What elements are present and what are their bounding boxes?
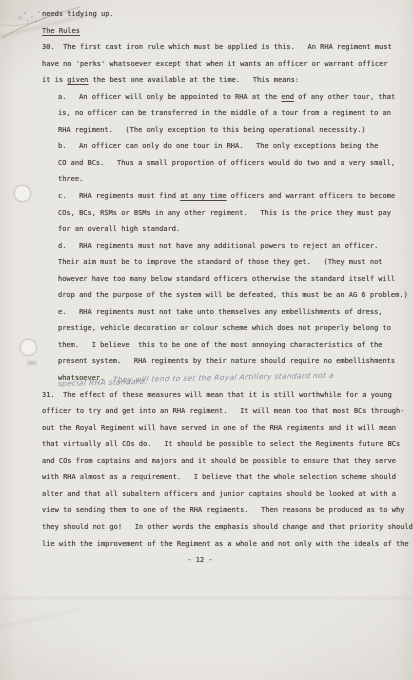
text-line: b. An officer can only do one tour in RH…	[42, 138, 404, 155]
scanned-document-page: needs tidying up.The Rules30. The first …	[0, 0, 413, 680]
typewritten-text: needs tidying up.The Rules30. The first …	[42, 6, 404, 552]
text-line: that virtually all COs do. It should be …	[42, 436, 404, 453]
text-line: The Rules	[42, 23, 404, 40]
text-line: however have too many below standard off…	[42, 271, 404, 288]
text-line: CO and BCs. Thus a small proportion of o…	[42, 155, 404, 172]
text-line: alter and that all subaltern officers an…	[42, 486, 404, 503]
text-line: it is given the best one available at th…	[42, 72, 404, 89]
text-line: lie with the improvement of the Regiment…	[42, 536, 404, 553]
text-line: they should not go! In other words the e…	[42, 519, 404, 536]
text-line: COs, BCs, RSMs or BSMs in any other regi…	[42, 205, 404, 222]
paper-crease	[0, 597, 413, 599]
text-line: with RHA almost as a requirement. I beli…	[42, 469, 404, 486]
text-line: 30. The first cast iron rule which must …	[42, 39, 404, 56]
text-line: e. RHA regiments must not take unto them…	[42, 304, 404, 321]
text-line: for an overall high standard.	[42, 221, 404, 238]
text-line: a. An officer will only be appointed to …	[42, 89, 404, 106]
text-line: them. I believe this to be one of the mo…	[42, 337, 404, 354]
punch-hole	[20, 339, 37, 356]
text-line: have no 'perks' whatsoever except that w…	[42, 56, 404, 73]
text-line: c. RHA regiments must find at any time o…	[42, 188, 404, 205]
text-line: out the Royal Regiment will have served …	[42, 420, 404, 437]
text-line: RHA regiment. (The only exception to thi…	[42, 122, 404, 139]
paper-crease	[0, 609, 79, 629]
text-line: present system. RHA regiments by their n…	[42, 353, 404, 370]
punch-hole	[14, 185, 31, 202]
text-line: d. RHA regiments must not have any addit…	[42, 238, 404, 255]
text-line: and COs from captains and majors and it …	[42, 453, 404, 470]
text-line: Their aim must be to improve the standar…	[42, 254, 404, 271]
text-line: prestige, vehicle decoration or colour s…	[42, 320, 404, 337]
pencil-smudge	[27, 361, 37, 365]
page-number: - 12 -	[0, 556, 400, 564]
text-line: is, no officer can be transferred in the…	[42, 105, 404, 122]
text-line: three.	[42, 171, 404, 188]
text-line: view to sending them to one of the RHA r…	[42, 502, 404, 519]
text-line: officer to try and get into an RHA regim…	[42, 403, 404, 420]
text-line: needs tidying up.	[42, 6, 404, 23]
text-line: drop and the purpose of the system will …	[42, 287, 404, 304]
text-line: 31. The effect of these measures will me…	[42, 387, 404, 404]
